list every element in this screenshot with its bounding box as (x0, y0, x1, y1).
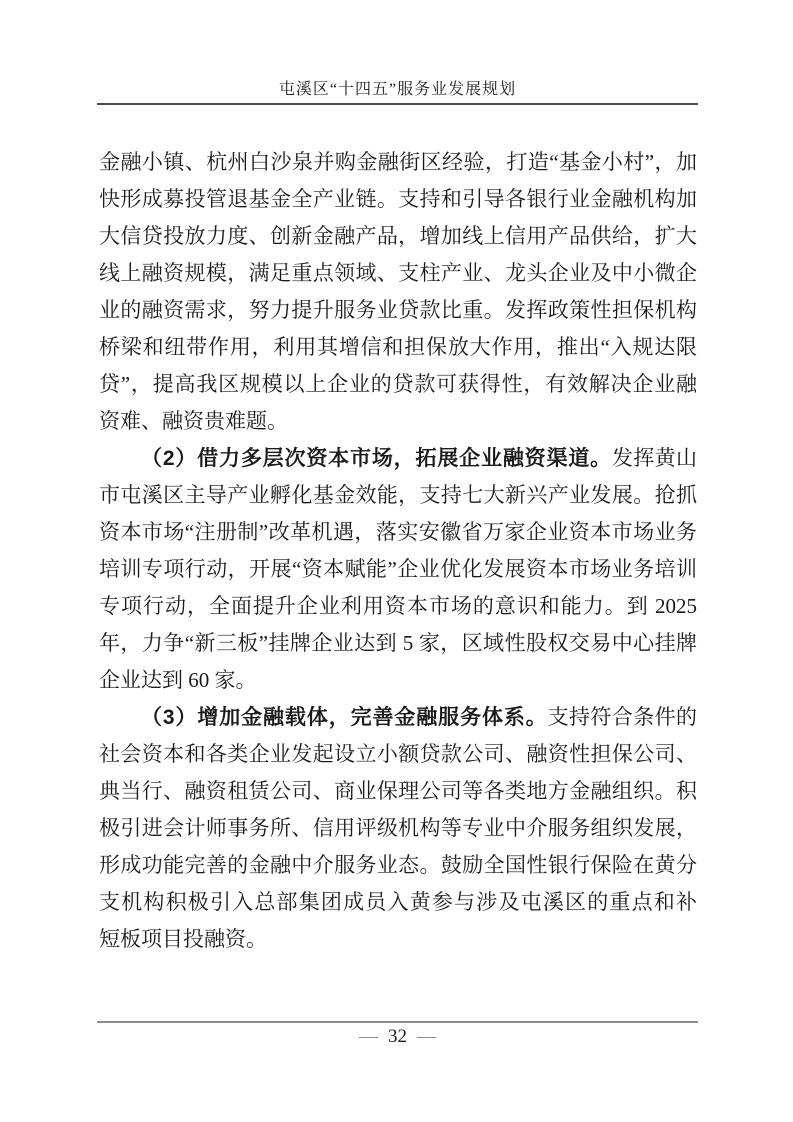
page-footer: —32— (97, 1024, 698, 1049)
text-line: 快形成募投管退基金全产业链。支持和引导各银行业金融机构加 (99, 181, 697, 218)
paragraph-heading-rest: 发挥黄山 (612, 446, 697, 470)
text-line: 业的融资需求，努力提升服务业贷款比重。发挥政策性担保机构 (99, 292, 697, 329)
text-line: 线上融资规模，满足重点领域、支柱产业、龙头企业及中小微企 (99, 255, 697, 292)
paragraph: 金融小镇、杭州白沙泉并购金融街区经验，打造“基金小村”，加 快形成募投管退基金全… (99, 144, 697, 440)
text-line: 大信贷投放力度、创新金融产品，增加线上信用产品供给，扩大 (99, 218, 697, 255)
paragraph: （2）借力多层次资本市场，拓展企业融资渠道。发挥黄山 市屯溪区主导产业孵化基金效… (99, 440, 697, 699)
text-line: 培训专项行动，开展“资本赋能”企业优化发展资本市场业务培训 (99, 551, 697, 588)
paragraph: （3）增加金融载体，完善金融服务体系。支持符合条件的 社会资本和各类企业发起设立… (99, 699, 697, 958)
text-line: 社会资本和各类企业发起设立小额贷款公司、融资性担保公司、 (99, 736, 697, 773)
text-line: 资本市场“注册制”改革机遇，落实安徽省万家企业资本市场业务 (99, 514, 697, 551)
footer-dash-right: — (417, 1026, 436, 1047)
text-line: 资难、融资贵难题。 (99, 403, 697, 440)
page-number: 32 (388, 1026, 407, 1047)
paragraph-heading-rest: 支持符合条件的 (548, 705, 697, 729)
page-header: 屯溪区“十四五”服务业发展规划 (97, 78, 698, 102)
text-line: 年，力争“新三板”挂牌企业达到 5 家，区域性股权交易中心挂牌 (99, 625, 697, 662)
text-line: 短板项目投融资。 (99, 921, 697, 958)
text-line: 专项行动，全面提升企业利用资本市场的意识和能力。到 2025 (99, 588, 697, 625)
document-page: 屯溪区“十四五”服务业发展规划 金融小镇、杭州白沙泉并购金融街区经验，打造“基金… (0, 0, 793, 1122)
paragraph-heading: （3）增加金融载体，完善金融服务体系。 (141, 706, 548, 729)
text-line: 市屯溪区主导产业孵化基金效能，支持七大新兴产业发展。抢抓 (99, 477, 697, 514)
text-line: 支机构积极引入总部集团成员入黄参与涉及屯溪区的重点和补 (99, 884, 697, 921)
document-body: 金融小镇、杭州白沙泉并购金融街区经验，打造“基金小村”，加 快形成募投管退基金全… (99, 144, 697, 958)
text-line: 金融小镇、杭州白沙泉并购金融街区经验，打造“基金小村”，加 (99, 144, 697, 181)
text-line: 桥梁和纽带作用，利用其增信和担保放大作用，推出“入规达限 (99, 329, 697, 366)
header-rule (97, 103, 698, 105)
footer-rule (97, 1021, 698, 1023)
text-line: 贷”，提高我区规模以上企业的贷款可获得性，有效解决企业融 (99, 366, 697, 403)
text-line: 极引进会计师事务所、信用评级机构等专业中介服务组织发展， (99, 810, 697, 847)
text-line: （2）借力多层次资本市场，拓展企业融资渠道。发挥黄山 (99, 440, 697, 477)
footer-dash-left: — (359, 1026, 378, 1047)
text-line: 形成功能完善的金融中介服务业态。鼓励全国性银行保险在黄分 (99, 847, 697, 884)
text-line: （3）增加金融载体，完善金融服务体系。支持符合条件的 (99, 699, 697, 736)
text-line: 典当行、融资租赁公司、商业保理公司等各类地方金融组织。积 (99, 773, 697, 810)
paragraph-heading: （2）借力多层次资本市场，拓展企业融资渠道。 (141, 447, 612, 470)
text-line: 企业达到 60 家。 (99, 662, 697, 699)
page-title: 屯溪区“十四五”服务业发展规划 (97, 78, 698, 102)
